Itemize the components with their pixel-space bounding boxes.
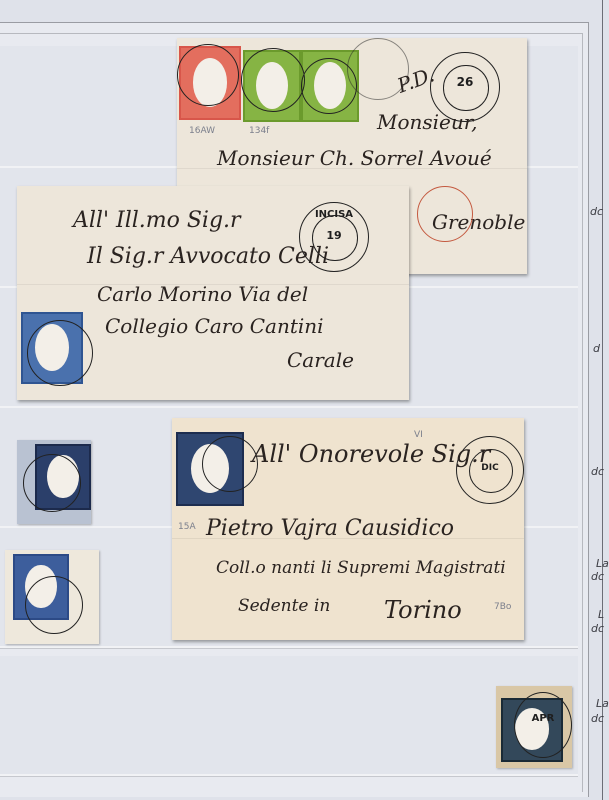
postmark-apr60: APR: [514, 692, 572, 758]
pencil-note: 7Bo: [494, 602, 511, 612]
address-line: All' Ill.mo Sig.r: [73, 208, 241, 233]
cover-incisa: INCISA19 All' Ill.mo Sig.r Il Sig.r Avvo…: [17, 186, 409, 400]
address-line: Sedente in: [238, 596, 330, 616]
margin-note: dc: [590, 205, 603, 218]
postmark: [202, 436, 258, 492]
address-line: Il Sig.r Avvocato Celli: [87, 244, 329, 269]
postmark: [177, 44, 239, 106]
pencil-note: VI: [414, 430, 423, 440]
postmark-incisa: [27, 320, 93, 386]
address-line: Monsieur Ch. Sorrel Avoué: [217, 146, 492, 170]
loose-stamp-piece: [17, 440, 91, 524]
postmark-tra: [23, 454, 81, 512]
pencil-note: 16AW: [189, 126, 215, 136]
margin-line: [602, 0, 603, 800]
margin-note: dc: [591, 570, 604, 583]
pencil-note: 15A: [178, 522, 196, 532]
address-line: Carale: [287, 348, 354, 372]
margin-note: L: [598, 608, 604, 621]
album-strip-6: [0, 656, 578, 776]
postmark-lacna: [25, 576, 83, 634]
margin-note: La: [596, 697, 609, 710]
address-line: Monsieur,: [377, 110, 478, 134]
postmark-transit-red: [417, 186, 473, 242]
address-line: Torino: [384, 596, 462, 624]
margin-note: dc: [591, 465, 604, 478]
pencil-note: 134f: [249, 126, 269, 136]
margin-note: dc: [591, 712, 604, 725]
address-line: All' Onorevole Sig.r: [252, 440, 490, 468]
address-line: Carlo Morino Via del: [97, 282, 308, 306]
address-line: Collegio Caro Cantini: [105, 314, 324, 338]
postmark: [241, 48, 305, 112]
margin-note: dc: [591, 622, 604, 635]
loose-stamp-piece: [5, 550, 99, 644]
address-line: Pietro Vajra Causidico: [206, 516, 454, 541]
cover-torino: DIC All' Onorevole Sig.r Pietro Vajra Ca…: [172, 418, 524, 640]
margin-note: d: [593, 342, 600, 355]
address-line: Coll.o nanti li Supremi Magistrati: [216, 558, 506, 578]
margin-note: La: [596, 557, 609, 570]
loose-stamp-piece: APR: [496, 686, 572, 768]
